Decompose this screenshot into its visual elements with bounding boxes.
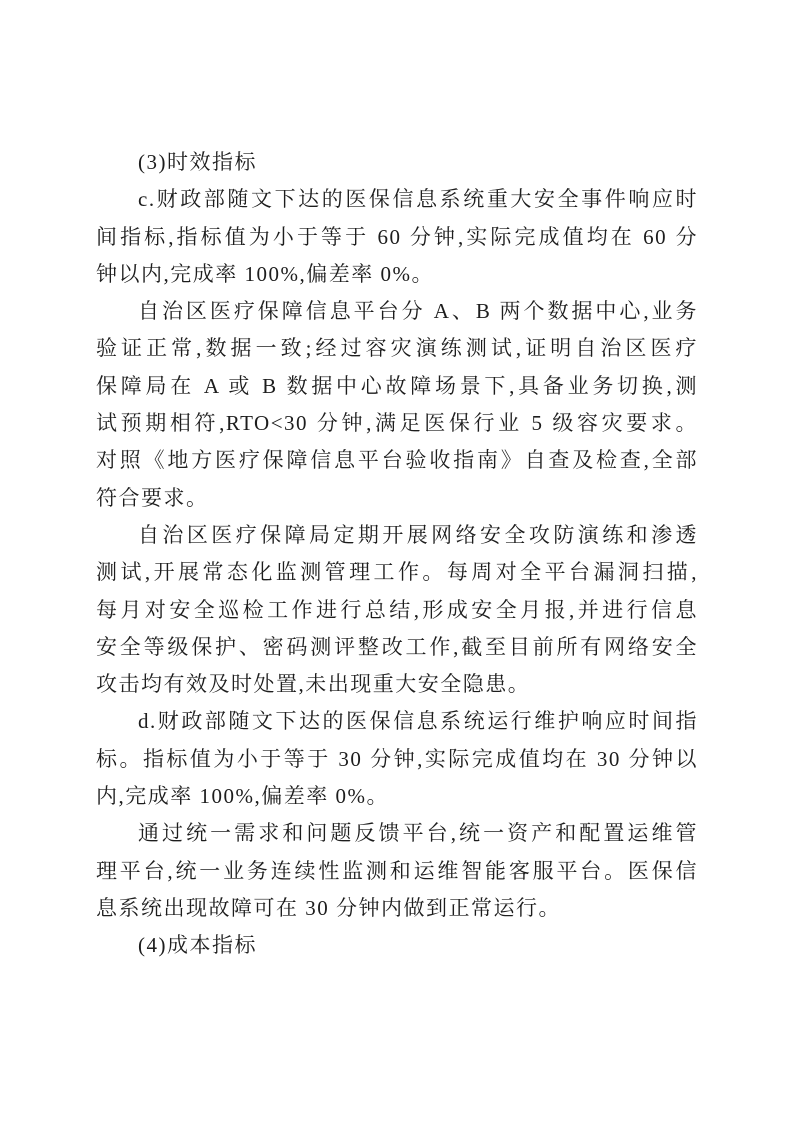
text-line: 对照《地方医疗保障信息平台验收指南》自查及检查,全部: [96, 442, 698, 479]
text-line: d.财政部随文下达的医保信息系统运行维护响应时间指: [96, 703, 698, 740]
text-line: (4)成本指标: [96, 927, 698, 964]
document-text: (3)时效指标c.财政部随文下达的医保信息系统重大安全事件响应时间指标,指标值为…: [96, 144, 698, 965]
text-line: 试预期相符,RTO<30 分钟,满足医保行业 5 级容灾要求。: [96, 405, 698, 442]
text-line: 息系统出现故障可在 30 分钟内做到正常运行。: [96, 890, 698, 927]
text-line: 通过统一需求和问题反馈平台,统一资产和配置运维管: [96, 815, 698, 852]
text-line: 测试,开展常态化监测管理工作。每周对全平台漏洞扫描,: [96, 554, 698, 591]
text-line: 内,完成率 100%,偏差率 0%。: [96, 778, 698, 815]
text-line: 理平台,统一业务连续性监测和运维智能客服平台。医保信: [96, 853, 698, 890]
text-line: c.财政部随文下达的医保信息系统重大安全事件响应时: [96, 181, 698, 218]
text-line: 攻击均有效及时处置,未出现重大安全隐患。: [96, 666, 698, 703]
text-line: 间指标,指标值为小于等于 60 分钟,实际完成值均在 60 分: [96, 219, 698, 256]
text-line: 保障局在 A 或 B 数据中心故障场景下,具备业务切换,测: [96, 368, 698, 405]
document-page: (3)时效指标c.财政部随文下达的医保信息系统重大安全事件响应时间指标,指标值为…: [0, 0, 793, 1122]
text-line: 符合要求。: [96, 480, 698, 517]
text-line: 标。指标值为小于等于 30 分钟,实际完成值均在 30 分钟以: [96, 741, 698, 778]
text-line: 验证正常,数据一致;经过容灾演练测试,证明自治区医疗: [96, 330, 698, 367]
text-line: 安全等级保护、密码测评整改工作,截至目前所有网络安全: [96, 629, 698, 666]
text-line: 钟以内,完成率 100%,偏差率 0%。: [96, 256, 698, 293]
text-line: 自治区医疗保障局定期开展网络安全攻防演练和渗透: [96, 517, 698, 554]
text-line: (3)时效指标: [96, 144, 698, 181]
text-line: 每月对安全巡检工作进行总结,形成安全月报,并进行信息: [96, 592, 698, 629]
text-line: 自治区医疗保障信息平台分 A、B 两个数据中心,业务: [96, 293, 698, 330]
